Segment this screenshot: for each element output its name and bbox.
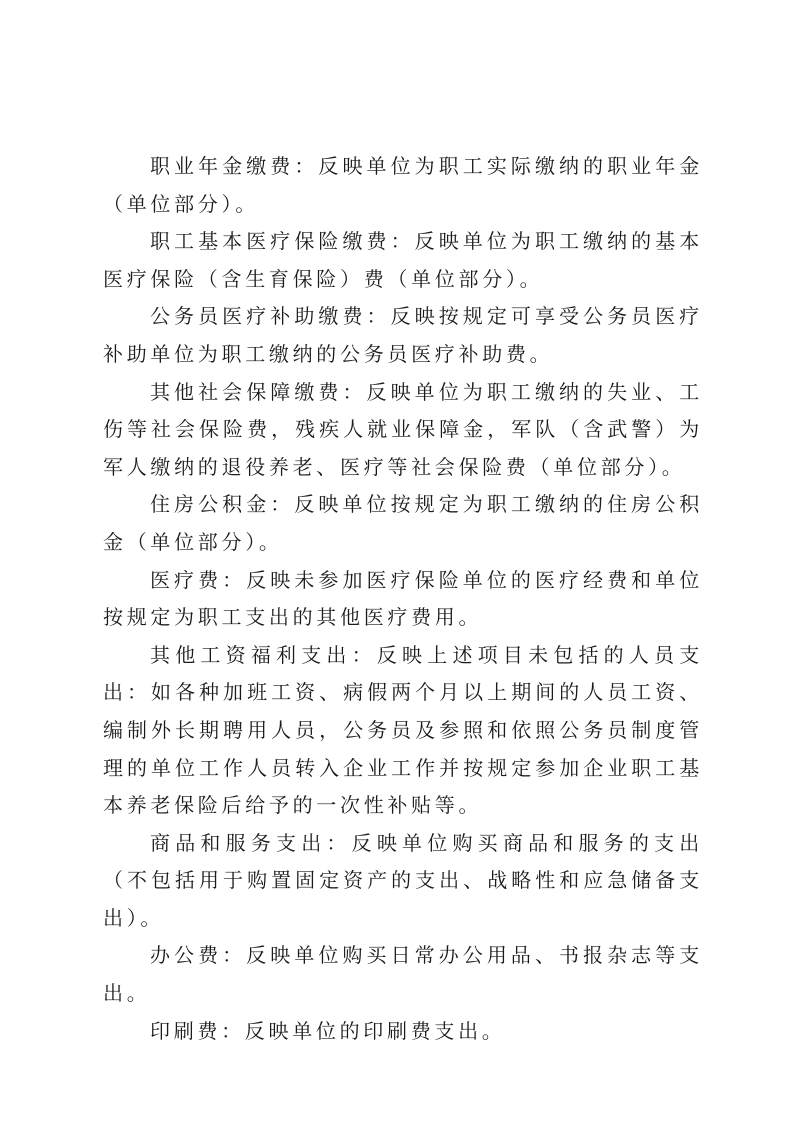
document-page: 职业年金缴费：反映单位为职工实际缴纳的职业年金（单位部分）。 职工基本医疗保险缴… [103,148,703,1050]
paragraph-civil-servant-medical-subsidy: 公务员医疗补助缴费：反映按规定可享受公务员医疗补助单位为职工缴纳的公务员医疗补助… [103,298,703,373]
paragraph-medical-expenses: 医疗费：反映未参加医疗保险单位的医疗经费和单位按规定为职工支出的其他医疗费用。 [103,562,703,637]
paragraph-printing-expenses: 印刷费：反映单位的印刷费支出。 [103,1013,703,1051]
paragraph-other-wage-welfare: 其他工资福利支出：反映上述项目未包括的人员支出：如各种加班工资、病假两个月以上期… [103,637,703,825]
paragraph-housing-fund: 住房公积金：反映单位按规定为职工缴纳的住房公积金（单位部分）。 [103,486,703,561]
paragraph-basic-medical-insurance: 职工基本医疗保险缴费：反映单位为职工缴纳的基本医疗保险（含生育保险）费（单位部分… [103,223,703,298]
paragraph-goods-and-services: 商品和服务支出：反映单位购买商品和服务的支出（不包括用于购置固定资产的支出、战略… [103,825,703,938]
paragraph-office-expenses: 办公费：反映单位购买日常办公用品、书报杂志等支出。 [103,937,703,1012]
paragraph-occupational-annuity: 职业年金缴费：反映单位为职工实际缴纳的职业年金（单位部分）。 [103,148,703,223]
paragraph-other-social-security: 其他社会保障缴费：反映单位为职工缴纳的失业、工伤等社会保险费，残疾人就业保障金，… [103,374,703,487]
